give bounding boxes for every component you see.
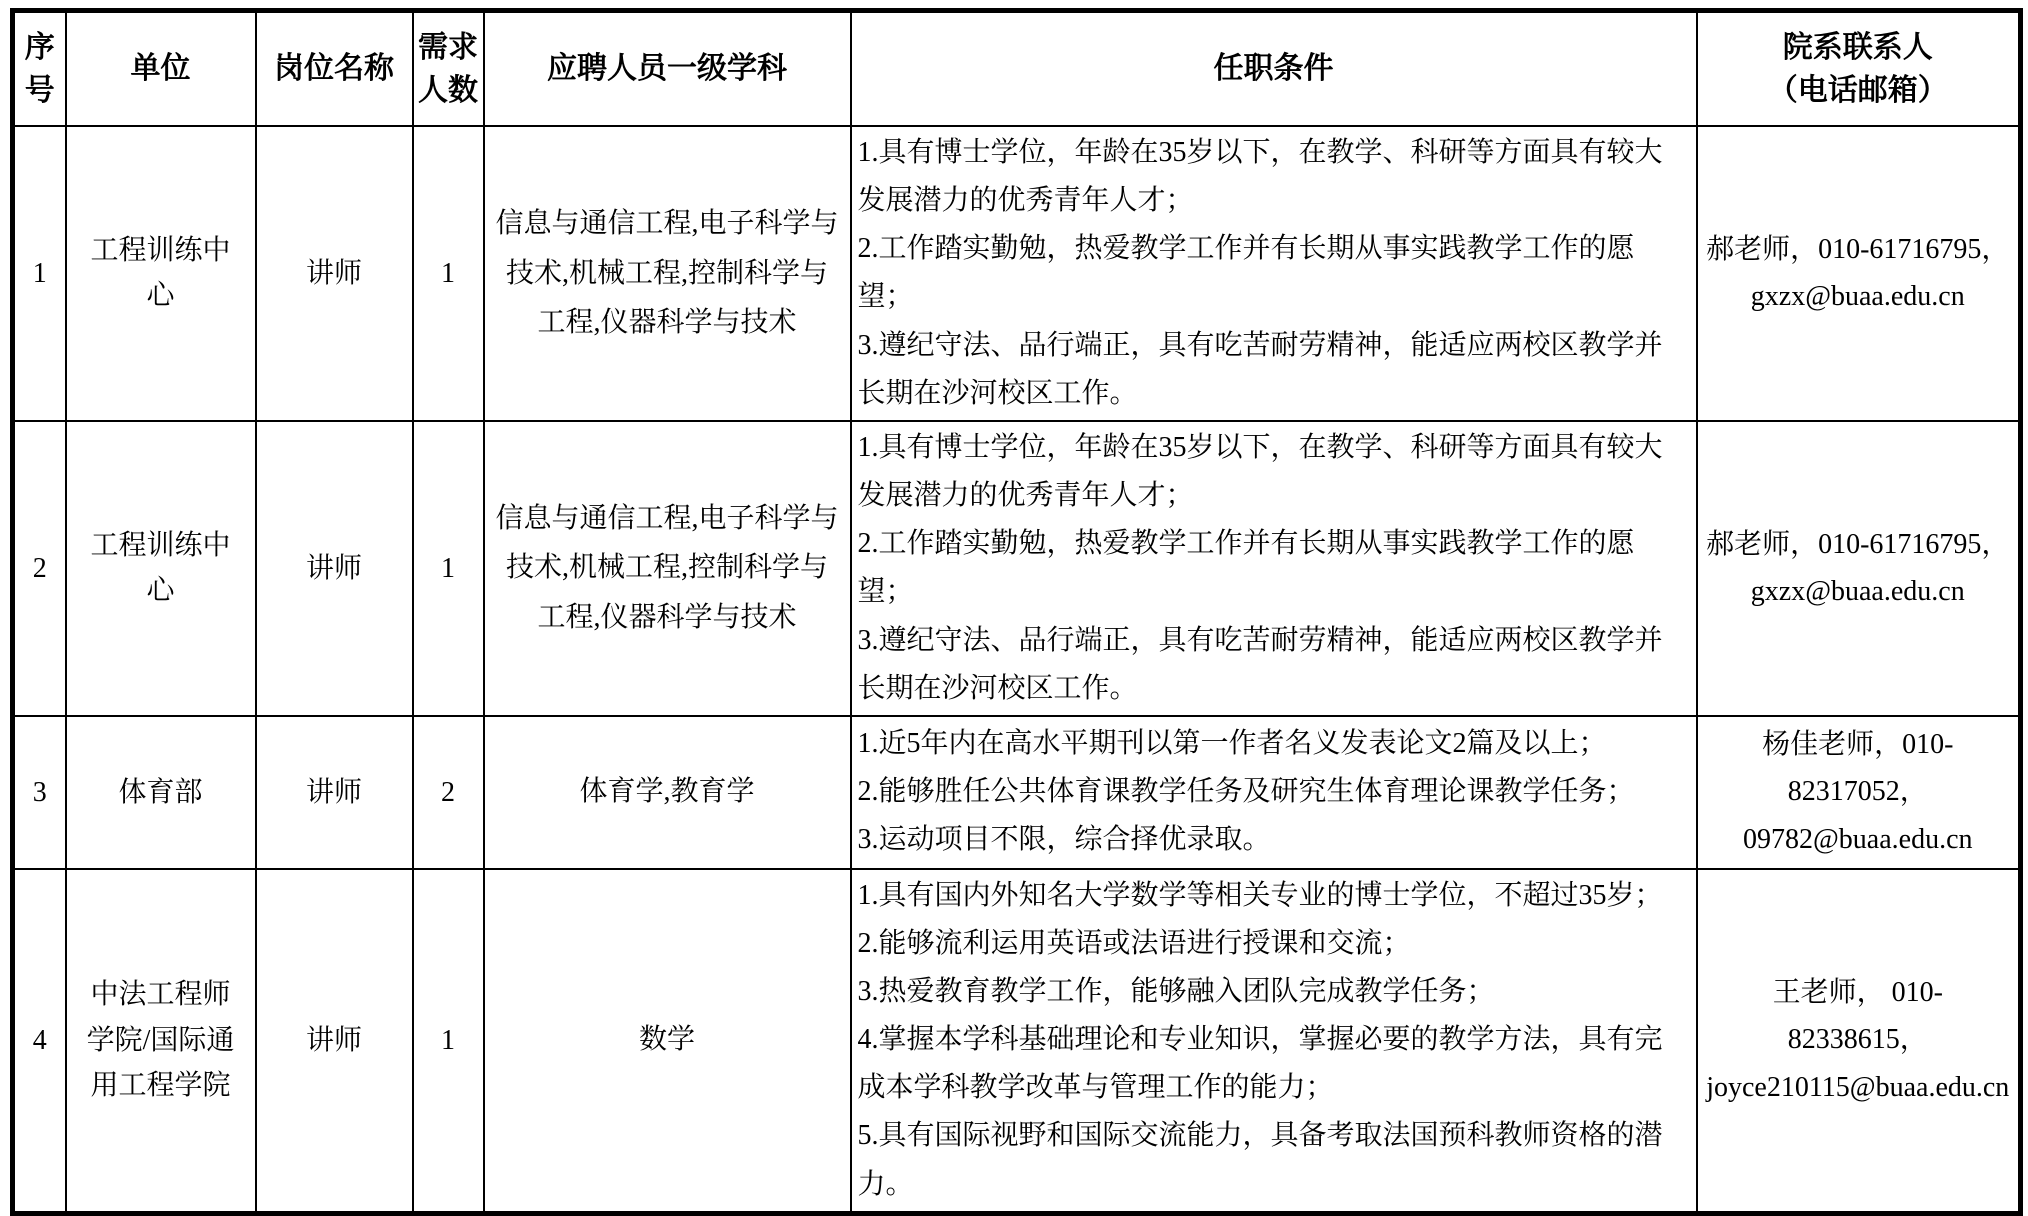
- col-header-count: 需求人数: [413, 11, 484, 127]
- cell-serial-number: 1: [13, 126, 66, 421]
- cell-position: 讲师: [256, 716, 413, 869]
- cell-headcount: 2: [413, 716, 484, 869]
- cell-conditions: 1.近5年内在高水平期刊以第一作者名义发表论文2篇及以上； 2.能够胜任公共体育…: [851, 716, 1697, 869]
- header-row: 序号 单位 岗位名称 需求人数 应聘人员一级学科 任职条件 院系联系人 （电话邮…: [13, 11, 2021, 127]
- cell-unit: 体育部: [66, 716, 256, 869]
- col-header-conditions: 任职条件: [851, 11, 1697, 127]
- cell-conditions: 1.具有国内外知名大学数学等相关专业的博士学位，不超过35岁； 2.能够流利运用…: [851, 869, 1697, 1214]
- table-row: 3 体育部 讲师 2 体育学,教育学 1.近5年内在高水平期刊以第一作者名义发表…: [13, 716, 2021, 869]
- cell-conditions: 1.具有博士学位，年龄在35岁以下，在教学、科研等方面具有较大发展潜力的优秀青年…: [851, 421, 1697, 716]
- col-header-no: 序号: [13, 11, 66, 127]
- cell-position: 讲师: [256, 126, 413, 421]
- table-row: 1 工程训练中心 讲师 1 信息与通信工程,电子科学与技术,机械工程,控制科学与…: [13, 126, 2021, 421]
- cell-discipline: 体育学,教育学: [484, 716, 851, 869]
- cell-serial-number: 3: [13, 716, 66, 869]
- cell-discipline: 数学: [484, 869, 851, 1214]
- cell-headcount: 1: [413, 126, 484, 421]
- cell-unit: 中法工程师学院/国际通用工程学院: [66, 869, 256, 1214]
- cell-contact: 王老师， 010-82338615， joyce210115@buaa.edu.…: [1697, 869, 2021, 1214]
- col-header-contact: 院系联系人 （电话邮箱）: [1697, 11, 2021, 127]
- table-body: 1 工程训练中心 讲师 1 信息与通信工程,电子科学与技术,机械工程,控制科学与…: [13, 126, 2021, 1213]
- cell-headcount: 1: [413, 869, 484, 1214]
- col-header-unit: 单位: [66, 11, 256, 127]
- cell-unit: 工程训练中心: [66, 126, 256, 421]
- col-header-position: 岗位名称: [256, 11, 413, 127]
- cell-contact: 杨佳老师，010-82317052， 09782@buaa.edu.cn: [1697, 716, 2021, 869]
- table-row: 4 中法工程师学院/国际通用工程学院 讲师 1 数学 1.具有国内外知名大学数学…: [13, 869, 2021, 1214]
- table-header: 序号 单位 岗位名称 需求人数 应聘人员一级学科 任职条件 院系联系人 （电话邮…: [13, 11, 2021, 127]
- cell-position: 讲师: [256, 869, 413, 1214]
- cell-discipline: 信息与通信工程,电子科学与技术,机械工程,控制科学与工程,仪器科学与技术: [484, 421, 851, 716]
- cell-unit: 工程训练中心: [66, 421, 256, 716]
- table-row: 2 工程训练中心 讲师 1 信息与通信工程,电子科学与技术,机械工程,控制科学与…: [13, 421, 2021, 716]
- cell-discipline: 信息与通信工程,电子科学与技术,机械工程,控制科学与工程,仪器科学与技术: [484, 126, 851, 421]
- cell-serial-number: 4: [13, 869, 66, 1214]
- cell-headcount: 1: [413, 421, 484, 716]
- cell-position: 讲师: [256, 421, 413, 716]
- cell-contact: 郝老师，010-61716795， gxzx@buaa.edu.cn: [1697, 421, 2021, 716]
- recruitment-table: 序号 单位 岗位名称 需求人数 应聘人员一级学科 任职条件 院系联系人 （电话邮…: [10, 8, 2023, 1216]
- cell-serial-number: 2: [13, 421, 66, 716]
- cell-conditions: 1.具有博士学位，年龄在35岁以下，在教学、科研等方面具有较大发展潜力的优秀青年…: [851, 126, 1697, 421]
- col-header-discipline: 应聘人员一级学科: [484, 11, 851, 127]
- cell-contact: 郝老师，010-61716795， gxzx@buaa.edu.cn: [1697, 126, 2021, 421]
